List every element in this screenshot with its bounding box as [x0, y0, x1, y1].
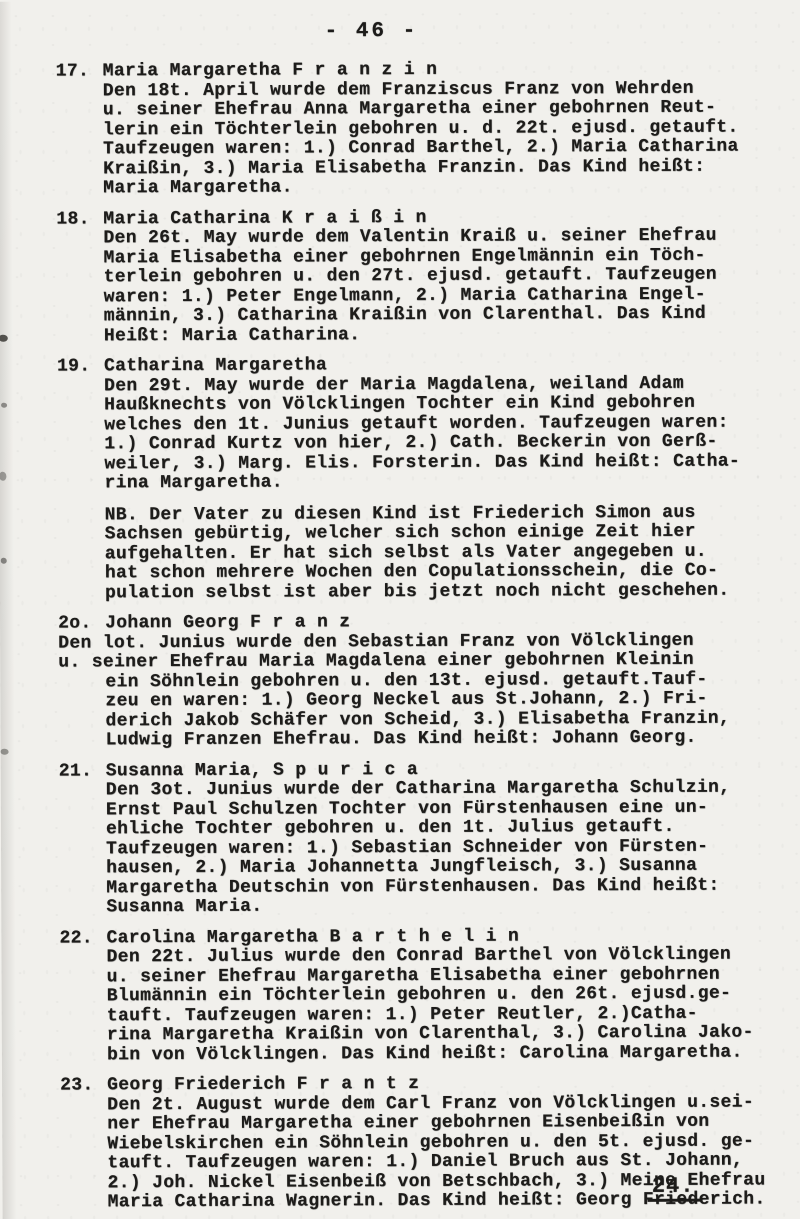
entry-line: Ludwig Franzen Ehefrau. Das Kind heißt: … [106, 728, 751, 750]
entry-number: 18. [56, 210, 104, 347]
baptism-entry-17: 17. Maria Margaretha F r a n z i n Den 1… [56, 59, 749, 199]
entry-line: rina Margaretha. [104, 471, 749, 493]
page-number-header: - 46 - [55, 19, 687, 45]
scan-smudge [0, 335, 8, 342]
nota-bene-note: NB. Der Vater zu diesen Kind ist Frieder… [105, 503, 750, 603]
nb-line: pulation selbst ist aber bis jetzt noch … [105, 581, 750, 603]
entry-line: Maria Margaretha. [103, 176, 748, 198]
entry-line: männin, 3.) Catharina Kraißin von Claren… [104, 304, 749, 326]
scan-smudge [0, 472, 6, 481]
entry-number: 21. [59, 762, 107, 918]
entry-line: Margaretha Deutschin von Fürstenhausen. … [106, 876, 751, 898]
entry-line: Susanna Maria. [106, 895, 751, 917]
entry-number: 17. [56, 62, 104, 199]
baptism-entry-18: 18. Maria Catharina K r a i ß i n Den 26… [56, 207, 749, 347]
next-page-reference: 24. [648, 1174, 703, 1202]
scan-smudge [1, 403, 7, 408]
scan-smudge [1, 749, 9, 755]
baptism-entry-20: 2o. Johann Georg F r a n z Den lot. Juni… [58, 611, 751, 751]
scanned-register-page: - 46 - 17. Maria Margaretha F r a n z i … [0, 0, 800, 1219]
entry-number: 19. [57, 357, 105, 603]
entry-line: bin von Völcklingen. Das Kind heißt: Car… [107, 1043, 754, 1065]
entry-number: 22. [59, 929, 107, 1066]
entry-line: weiler, 3.) Marg. Elis. Forsterin. Das K… [104, 452, 749, 474]
baptism-entry-19: 19. Catharina Margaretha Den 29t. May wu… [57, 354, 750, 603]
baptism-entry-21: 21. Susanna Maria, S p u r i c a Den 3ot… [59, 759, 752, 918]
scan-smudge [1, 558, 7, 564]
baptism-entry-22: 22. Carolina Margaretha B a r t h e l i … [59, 926, 752, 1066]
scan-edge-shadow [0, 2, 17, 1219]
entry-line: Heißt: Maria Catharina. [104, 324, 749, 346]
entry-line: Kraißin, 3.) Maria Elisabetha Franzin. D… [103, 157, 748, 179]
entry-number: 23. [60, 1076, 108, 1213]
